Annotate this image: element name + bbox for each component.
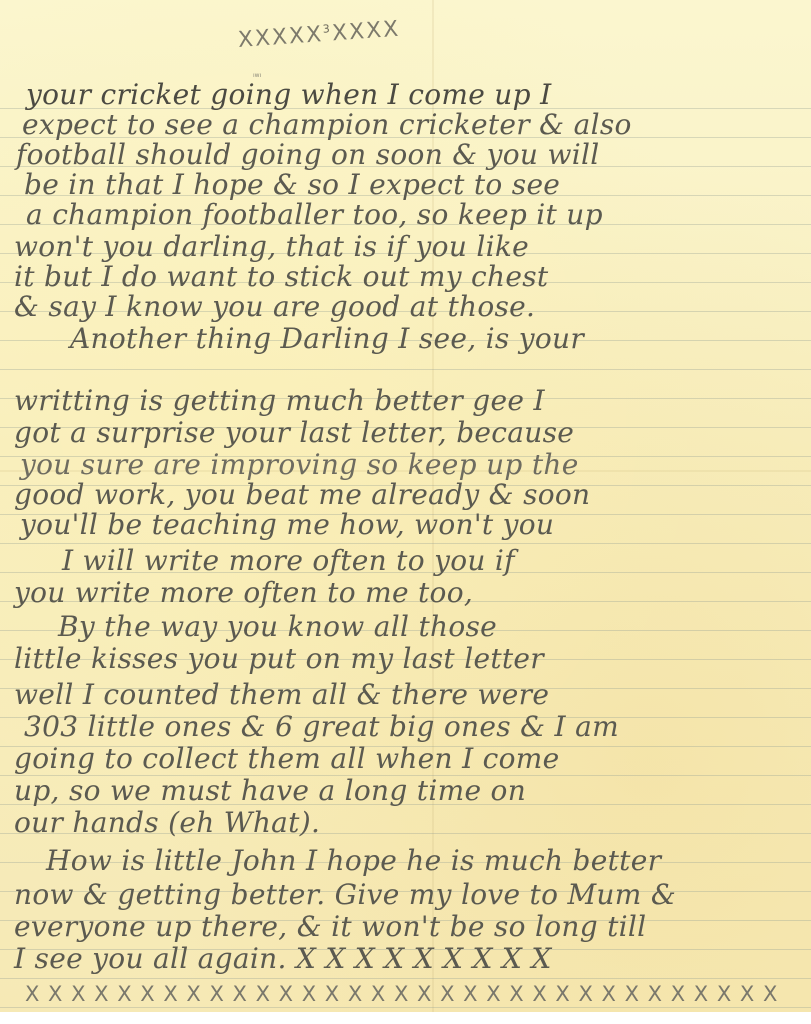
letter-line: I see you all again. X X X X X X X X X xyxy=(14,944,552,974)
letter-line: How is little John I hope he is much bet… xyxy=(46,846,661,876)
letter-line: you'll be teaching me how, won't you xyxy=(20,510,554,540)
letter-line: won't you darling, that is if you like xyxy=(14,232,529,262)
letter-line: I will write more often to you if xyxy=(62,546,515,576)
letter-line: be in that I hope & so I expect to see xyxy=(24,170,560,200)
letter-line: now & getting better. Give my love to Mu… xyxy=(14,880,676,910)
letter-line: writting is getting much better gee I xyxy=(14,386,545,416)
letter-line: got a surprise your last letter, because xyxy=(14,418,574,448)
letter-line: you sure are improving so keep up the xyxy=(20,450,579,480)
letter-line: going to collect them all when I come xyxy=(14,744,560,774)
letter-line: expect to see a champion cricketer & als… xyxy=(22,110,632,140)
letter-body: your cricket going when I come up I expe… xyxy=(0,0,811,1012)
letter-line: well I counted them all & there were xyxy=(14,680,549,710)
letter-line: little kisses you put on my last letter xyxy=(14,644,544,674)
letter-line: football should going on soon & you will xyxy=(16,140,600,170)
letter-line: & say I know you are good at those. xyxy=(14,292,535,322)
letter-line: your cricket going when I come up I xyxy=(26,80,551,110)
letter-line: it but I do want to stick out my chest xyxy=(14,262,548,292)
letter-line: everyone up there, & it won't be so long… xyxy=(14,912,646,942)
letter-line: By the way you know all those xyxy=(58,612,497,642)
letter-line: good work, you beat me already & soon xyxy=(14,480,590,510)
letter-page: XXXXX3XXXX ıwı your cricket going when I… xyxy=(0,0,811,1012)
letter-line: our hands (eh What). xyxy=(14,808,320,838)
letter-line: up, so we must have a long time on xyxy=(14,776,526,806)
letter-line: Another thing Darling I see, is your xyxy=(70,324,584,354)
closing-kisses: X X X X X X X X X X X X X X X X X X X X … xyxy=(25,982,778,1006)
letter-line: a champion footballer too, so keep it up xyxy=(26,200,603,230)
scan-margin xyxy=(0,1012,811,1024)
letter-line: 303 little ones & 6 great big ones & I a… xyxy=(24,712,619,742)
letter-line: you write more often to me too, xyxy=(14,578,473,608)
